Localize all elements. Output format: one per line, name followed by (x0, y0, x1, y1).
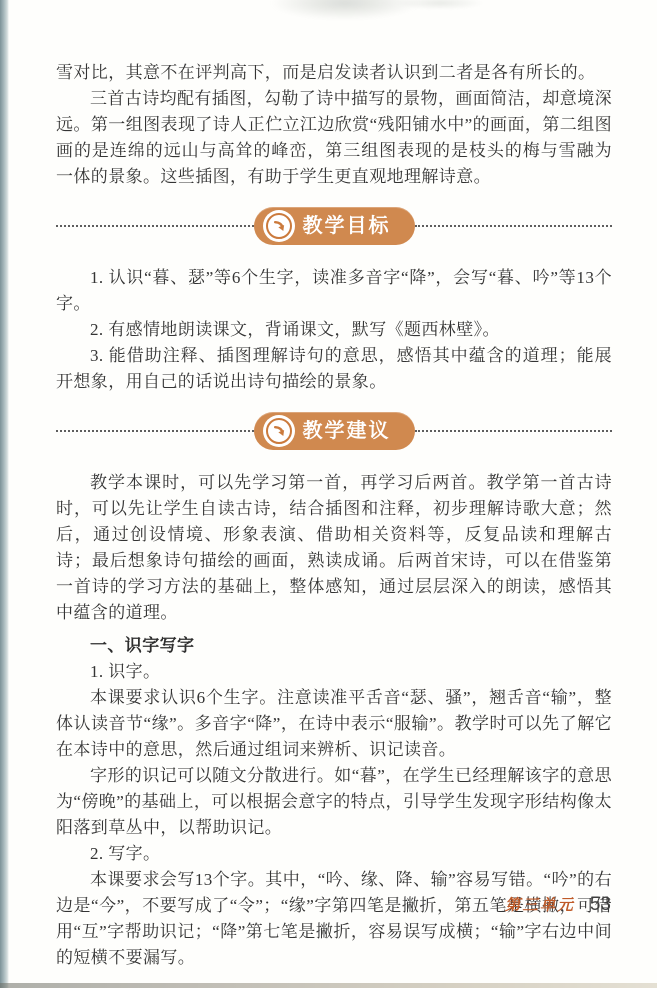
paragraph-snow-comparison: 雪对比，其意不在评判高下，而是启发读者认识到二者是各有所长的。 (56, 60, 612, 86)
scan-bottom-shadow (0, 983, 657, 988)
section-heading-literacy: 一、识字写字 (56, 633, 612, 659)
scan-edge-strip (0, 0, 9, 988)
dotted-divider-left (56, 225, 254, 227)
page-number: 53 (590, 894, 611, 916)
unit-label: 第三单元 (505, 893, 575, 915)
dotted-divider-left (56, 430, 254, 432)
scan-smudge-small (395, 0, 485, 10)
curved-down-arrow-icon (266, 213, 292, 239)
objectives-banner-label: 教学目标 (303, 213, 391, 239)
banner-teaching-objectives: 教学目标 (56, 207, 612, 245)
subitem-shizi-label: 1. 识字。 (56, 659, 612, 685)
suggestions-banner-label: 教学建议 (303, 418, 391, 444)
dotted-divider-right (415, 225, 613, 227)
curved-down-arrow-icon (266, 418, 292, 444)
objective-item-1: 1. 认识“暮、瑟”等6个生字，读准多音字“降”，会写“暮、吟”等13个字。 (56, 265, 612, 317)
scanned-book-page: 雪对比，其意不在评判高下，而是启发读者认识到二者是各有所长的。 三首古诗均配有插… (0, 0, 657, 988)
paragraph-zixing: 字形的识记可以随文分散进行。如“暮”，在学生已经理解该字的意思为“傍晚”的基础上… (56, 763, 612, 841)
paragraph-illustrations: 三首古诗均配有插图，勾勒了诗中描写的景物，画面简洁，却意境深远。第一组图表现了诗… (56, 86, 612, 190)
objective-item-2: 2. 有感情地朗读课文，背诵课文，默写《题西林壁》。 (56, 317, 612, 343)
subitem-xiezi-label: 2. 写字。 (56, 841, 612, 867)
page-footer: 第三单元 53 (505, 893, 611, 916)
paragraph-shizi: 本课要求认识6个生字。注意读准平舌音“瑟、骚”，翘舌音“输”，整体认读音节“缘”… (56, 685, 612, 763)
paragraph-teaching-overview: 教学本课时，可以先学习第一首，再学习后两首。教学第一首古诗时，可以先让学生自读古… (56, 470, 612, 626)
objectives-pill: 教学目标 (254, 207, 415, 245)
banner-teaching-suggestions: 教学建议 (56, 412, 612, 450)
suggestions-pill: 教学建议 (254, 412, 415, 450)
objective-item-3: 3. 能借助注释、插图理解诗句的意思，感悟其中蕴含的道理；能展开想象，用自己的话… (56, 343, 612, 395)
paragraph-xiezi: 本课要求会写13个字。其中，“吟、缘、降、输”容易写错。“吟”的右边是“今”，不… (56, 867, 612, 971)
dotted-divider-right (415, 430, 613, 432)
page-content: 雪对比，其意不在评判高下，而是启发读者认识到二者是各有所长的。 三首古诗均配有插… (56, 60, 612, 971)
